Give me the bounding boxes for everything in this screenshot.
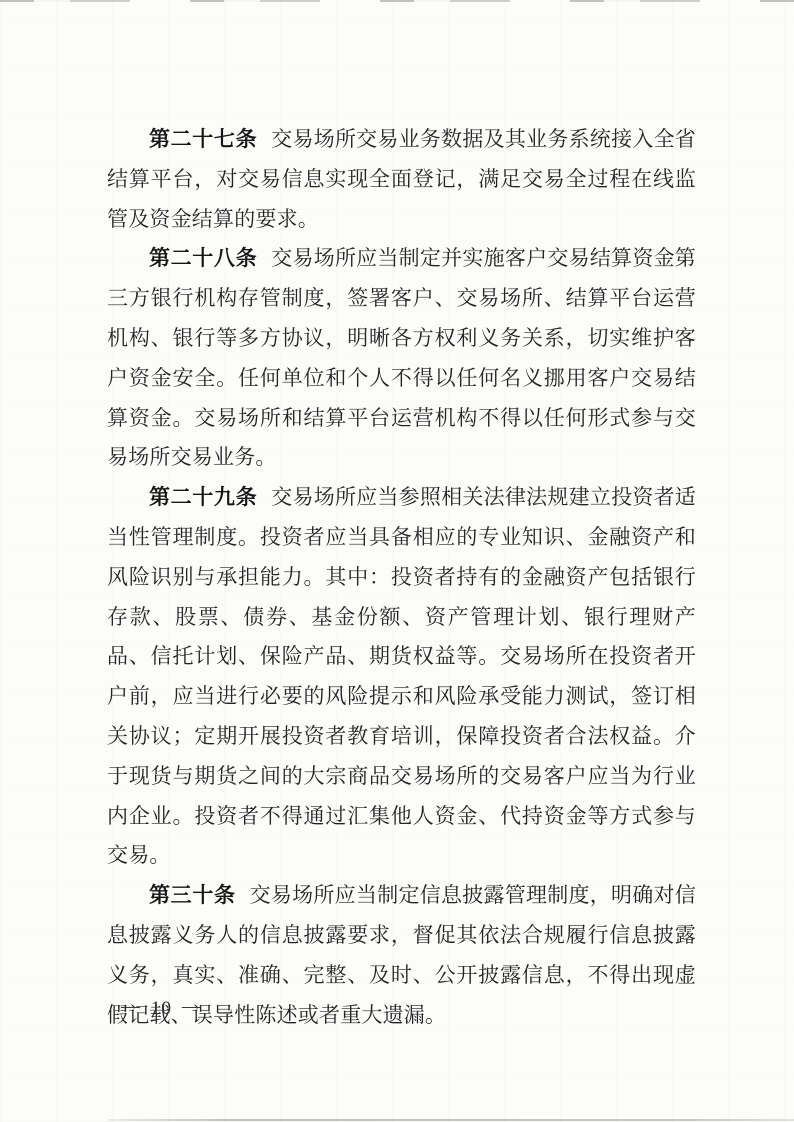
article-28-paragraph: 第二十八条交易场所应当制定并实施客户交易结算资金第三方银行机构存管制度，签署客户… xyxy=(107,239,696,478)
footer-right-dash: — xyxy=(182,996,202,1018)
scan-artifact-top-edge xyxy=(0,0,794,2)
article-28-text: 交易场所应当制定并实施客户交易结算资金第三方银行机构存管制度，签署客户、交易场所… xyxy=(107,246,696,469)
page-number-footer: —10— xyxy=(121,998,202,1020)
page-number: 10 xyxy=(151,998,172,1020)
document-body: 第二十七条交易场所交易业务数据及其业务系统接入全省结算平台，对交易信息实现全面登… xyxy=(107,120,696,1035)
article-29-paragraph: 第二十九条交易场所应当参照相关法律法规建立投资者适当性管理制度。投资者应当具备相… xyxy=(107,478,696,876)
article-28-number: 第二十八条 xyxy=(149,246,271,270)
footer-left-dash: — xyxy=(121,996,141,1018)
article-30-number: 第三十条 xyxy=(149,883,250,907)
document-page: 第二十七条交易场所交易业务数据及其业务系统接入全省结算平台，对交易信息实现全面登… xyxy=(0,0,794,1122)
article-27-number: 第二十七条 xyxy=(149,127,271,151)
scan-artifact-bottom-edge xyxy=(108,1119,794,1121)
article-29-number: 第二十九条 xyxy=(149,485,271,509)
article-29-text: 交易场所应当参照相关法律法规建立投资者适当性管理制度。投资者应当具备相应的专业知… xyxy=(107,485,696,867)
article-27-paragraph: 第二十七条交易场所交易业务数据及其业务系统接入全省结算平台，对交易信息实现全面登… xyxy=(107,120,696,239)
